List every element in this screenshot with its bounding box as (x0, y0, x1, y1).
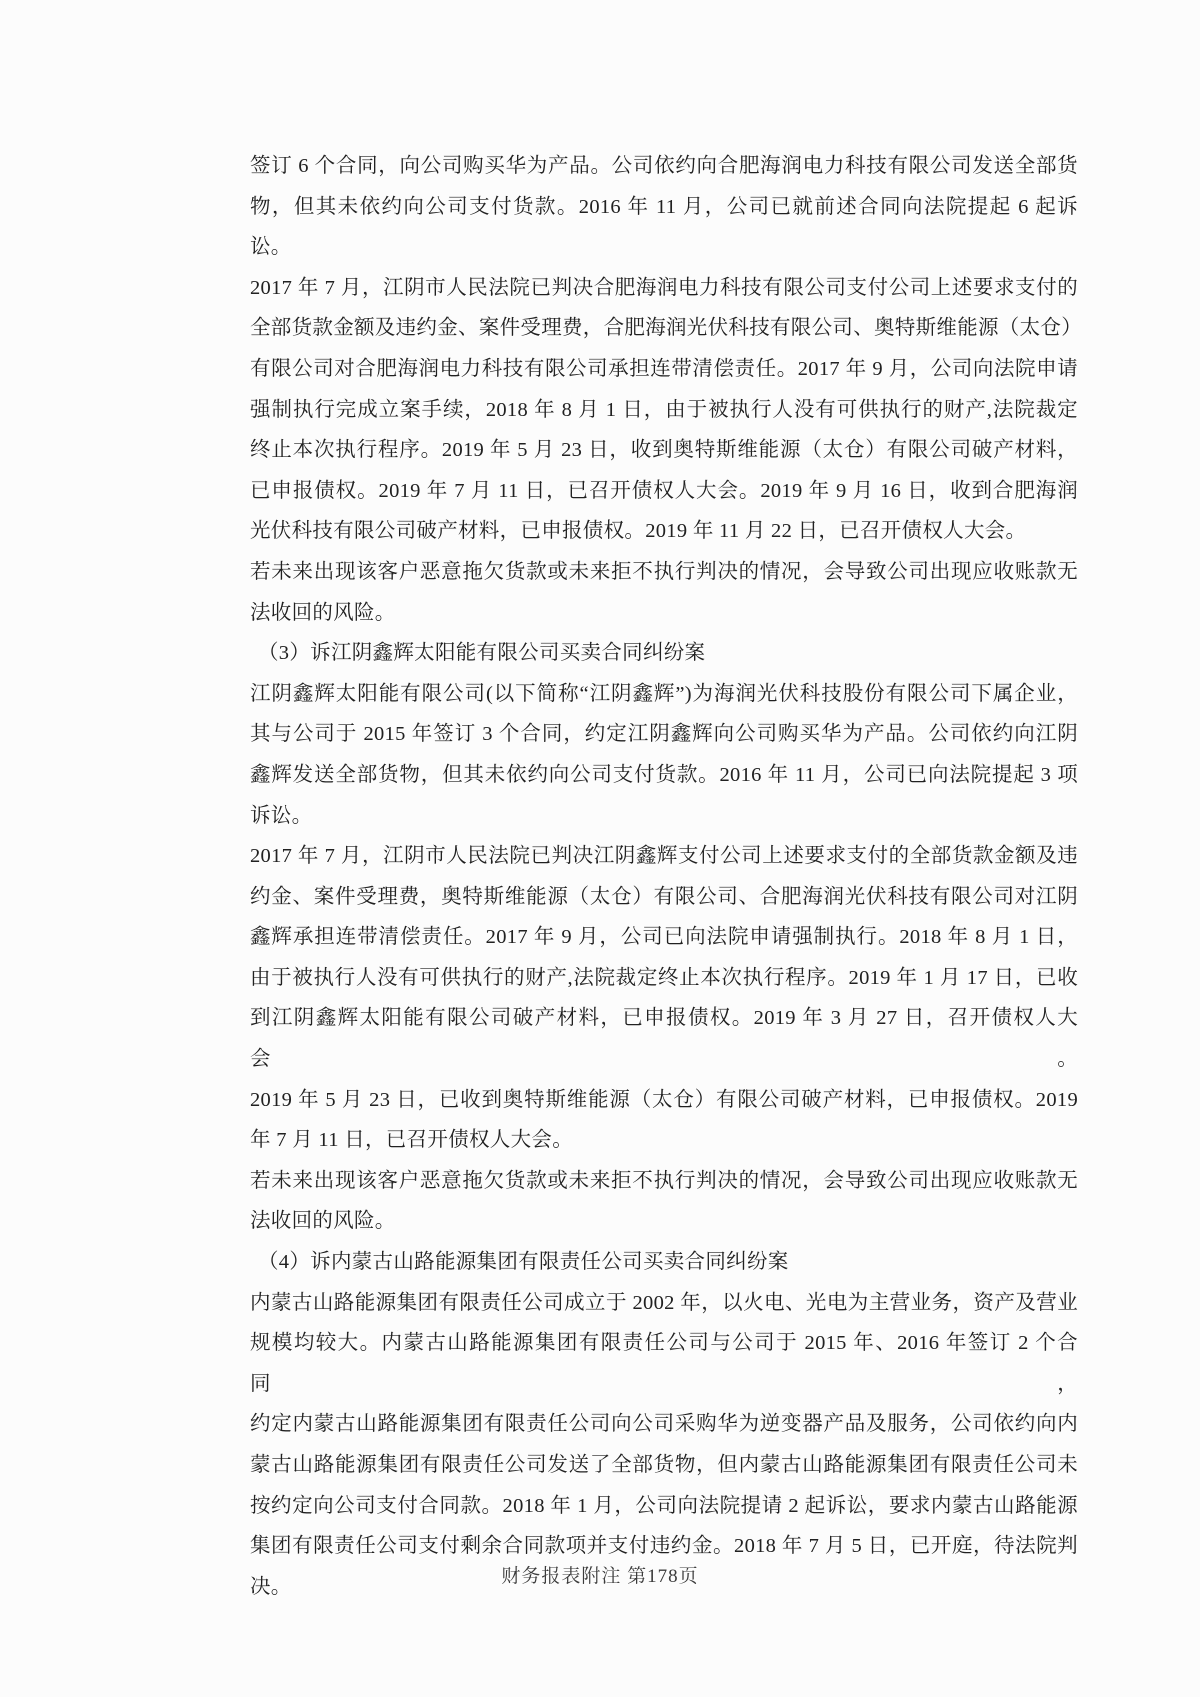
text-line: 全部货款金额及违约金、案件受理费，合肥海润光伏科技有限公司、奥特斯维能源（太仓） (250, 308, 1078, 349)
text-line: 约金、案件受理费，奥特斯维能源（太仓）有限公司、合肥海润光伏科技有限公司对江阴 (250, 877, 1078, 918)
section-heading: （3）诉江阴鑫辉太阳能有限公司买卖合同纠纷案 (250, 633, 1078, 674)
document-page: 签订 6 个合同，向公司购买华为产品。公司依约向合肥海润电力科技有限公司发送全部… (0, 0, 1200, 1697)
text-line: 按约定向公司支付合同款。2018 年 1 月，公司向法院提请 2 起诉讼，要求内… (250, 1486, 1078, 1527)
text-line: 若未来出现该客户恶意拖欠货款或未来拒不执行判决的情况，会导致公司出现应收账款无 (250, 552, 1078, 593)
text-line: 由于被执行人没有可供执行的财产,法院裁定终止本次执行程序。2019 年 1 月 … (250, 958, 1078, 999)
text-line: 鑫辉承担连带清偿责任。2017 年 9 月，公司已向法院申请强制执行。2018 … (250, 917, 1078, 958)
text-line: 2017 年 7 月，江阴市人民法院已判决江阴鑫辉支付公司上述要求支付的全部货款… (250, 836, 1078, 877)
text-line: 有限公司对合肥海润电力科技有限公司承担连带清偿责任。2017 年 9 月，公司向… (250, 349, 1078, 390)
section-heading: （4）诉内蒙古山路能源集团有限责任公司买卖合同纠纷案 (250, 1242, 1078, 1283)
text-line: 讼。 (250, 227, 1078, 268)
text-line: 若未来出现该客户恶意拖欠货款或未来拒不执行判决的情况，会导致公司出现应收账款无 (250, 1161, 1078, 1202)
text-line: 光伏科技有限公司破产材料，已申报债权。2019 年 11 月 22 日，已召开债… (250, 511, 1078, 552)
text-line: 内蒙古山路能源集团有限责任公司成立于 2002 年，以火电、光电为主营业务，资产… (250, 1283, 1078, 1324)
text-line: 年 7 月 11 日，已召开债权人大会。 (250, 1120, 1078, 1161)
text-line: 签订 6 个合同，向公司购买华为产品。公司依约向合肥海润电力科技有限公司发送全部… (250, 146, 1078, 187)
text-line: 物，但其未依约向公司支付货款。2016 年 11 月，公司已就前述合同向法院提起… (250, 187, 1078, 228)
text-line: 规模均较大。内蒙古山路能源集团有限责任公司与公司于 2015 年、2016 年签… (250, 1323, 1078, 1404)
text-line: 强制执行完成立案手续，2018 年 8 月 1 日，由于被执行人没有可供执行的财… (250, 390, 1078, 431)
text-line: 约定内蒙古山路能源集团有限责任公司向公司采购华为逆变器产品及服务，公司依约向内 (250, 1404, 1078, 1445)
text-line: 2017 年 7 月，江阴市人民法院已判决合肥海润电力科技有限公司支付公司上述要… (250, 268, 1078, 309)
text-line: 终止本次执行程序。2019 年 5 月 23 日，收到奥特斯维能源（太仓）有限公… (250, 430, 1078, 471)
text-line: 法收回的风险。 (250, 593, 1078, 634)
document-body: 签订 6 个合同，向公司购买华为产品。公司依约向合肥海润电力科技有限公司发送全部… (250, 146, 1078, 1607)
text-line: 2019 年 5 月 23 日，已收到奥特斯维能源（太仓）有限公司破产材料，已申… (250, 1080, 1078, 1121)
text-line: 诉讼。 (250, 796, 1078, 837)
text-line: 其与公司于 2015 年签订 3 个合同，约定江阴鑫辉向公司购买华为产品。公司依… (250, 714, 1078, 755)
text-line: 集团有限责任公司支付剩余合同款项并支付违约金。2018 年 7 月 5 日，已开… (250, 1526, 1078, 1567)
page-footer: 财务报表附注 第178页 (0, 1562, 1200, 1592)
text-line: 到江阴鑫辉太阳能有限公司破产材料，已申报债权。2019 年 3 月 27 日，召… (250, 998, 1078, 1079)
text-line: 法收回的风险。 (250, 1201, 1078, 1242)
text-line: 鑫辉发送全部货物，但其未依约向公司支付货款。2016 年 11 月，公司已向法院… (250, 755, 1078, 796)
text-line: 江阴鑫辉太阳能有限公司(以下简称“江阴鑫辉”)为海润光伏科技股份有限公司下属企业… (250, 674, 1078, 715)
text-line: 已申报债权。2019 年 7 月 11 日，已召开债权人大会。2019 年 9 … (250, 471, 1078, 512)
text-line: 蒙古山路能源集团有限责任公司发送了全部货物，但内蒙古山路能源集团有限责任公司未 (250, 1445, 1078, 1486)
